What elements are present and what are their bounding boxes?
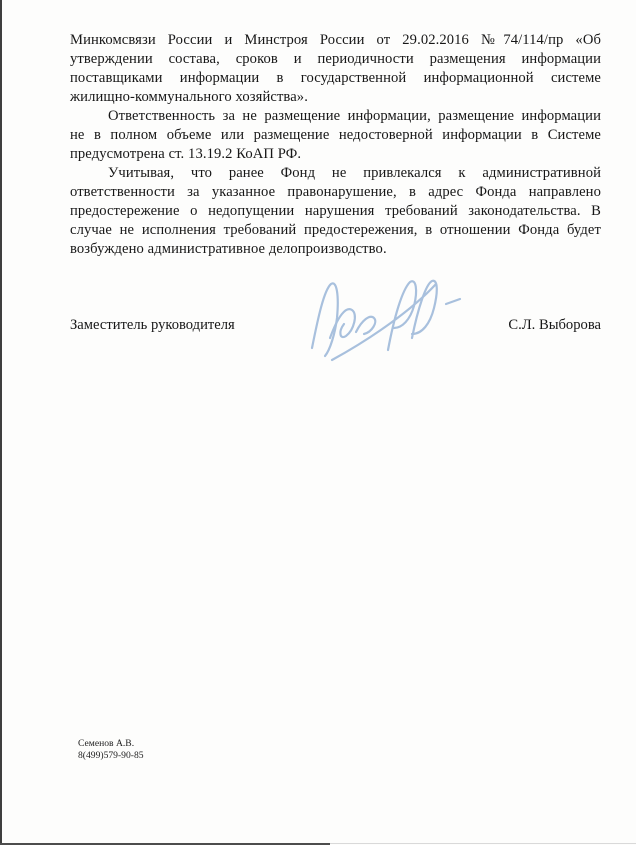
text-line: поставщиками информации в государственно… xyxy=(70,69,601,88)
text-line: случае не исполнения требований предосте… xyxy=(70,221,601,240)
scan-edge-bottom-light xyxy=(330,843,636,844)
executor-name: Семенов А.В. xyxy=(78,738,144,750)
scan-edge-left xyxy=(0,0,2,845)
text-line: предусмотрена ст. 13.19.2 КоАП РФ. xyxy=(70,145,601,164)
text-line: ответственности за указанное правонаруше… xyxy=(70,183,601,202)
signer-position-title: Заместитель руководителя xyxy=(70,316,235,335)
text-line: возбуждено административное делопроизвод… xyxy=(70,240,601,259)
text-line: Минкомсвязи России и Минстроя России от … xyxy=(70,31,601,50)
letter-body: Минкомсвязи России и Минстроя России от … xyxy=(70,31,601,259)
text-line: предостережение о недопущении нарушения … xyxy=(70,202,601,221)
scanned-letter-page: Минкомсвязи России и Минстроя России от … xyxy=(0,0,636,845)
text-line: Ответственность за не размещение информа… xyxy=(70,107,601,126)
signature-row: Заместитель руководителя С.Л. Выборова xyxy=(70,316,601,335)
signer-name: С.Л. Выборова xyxy=(508,316,601,335)
text-line: утверждении состава, сроков и периодично… xyxy=(70,50,601,69)
text-line: жилищно-коммунального хозяйства». xyxy=(70,88,601,107)
text-line: не в полном объеме или размещение недост… xyxy=(70,126,601,145)
text-line: Учитывая, что ранее Фонд не привлекался … xyxy=(70,164,601,183)
executor-footer: Семенов А.В. 8(499)579-90-85 xyxy=(78,738,144,761)
executor-phone: 8(499)579-90-85 xyxy=(78,750,144,762)
